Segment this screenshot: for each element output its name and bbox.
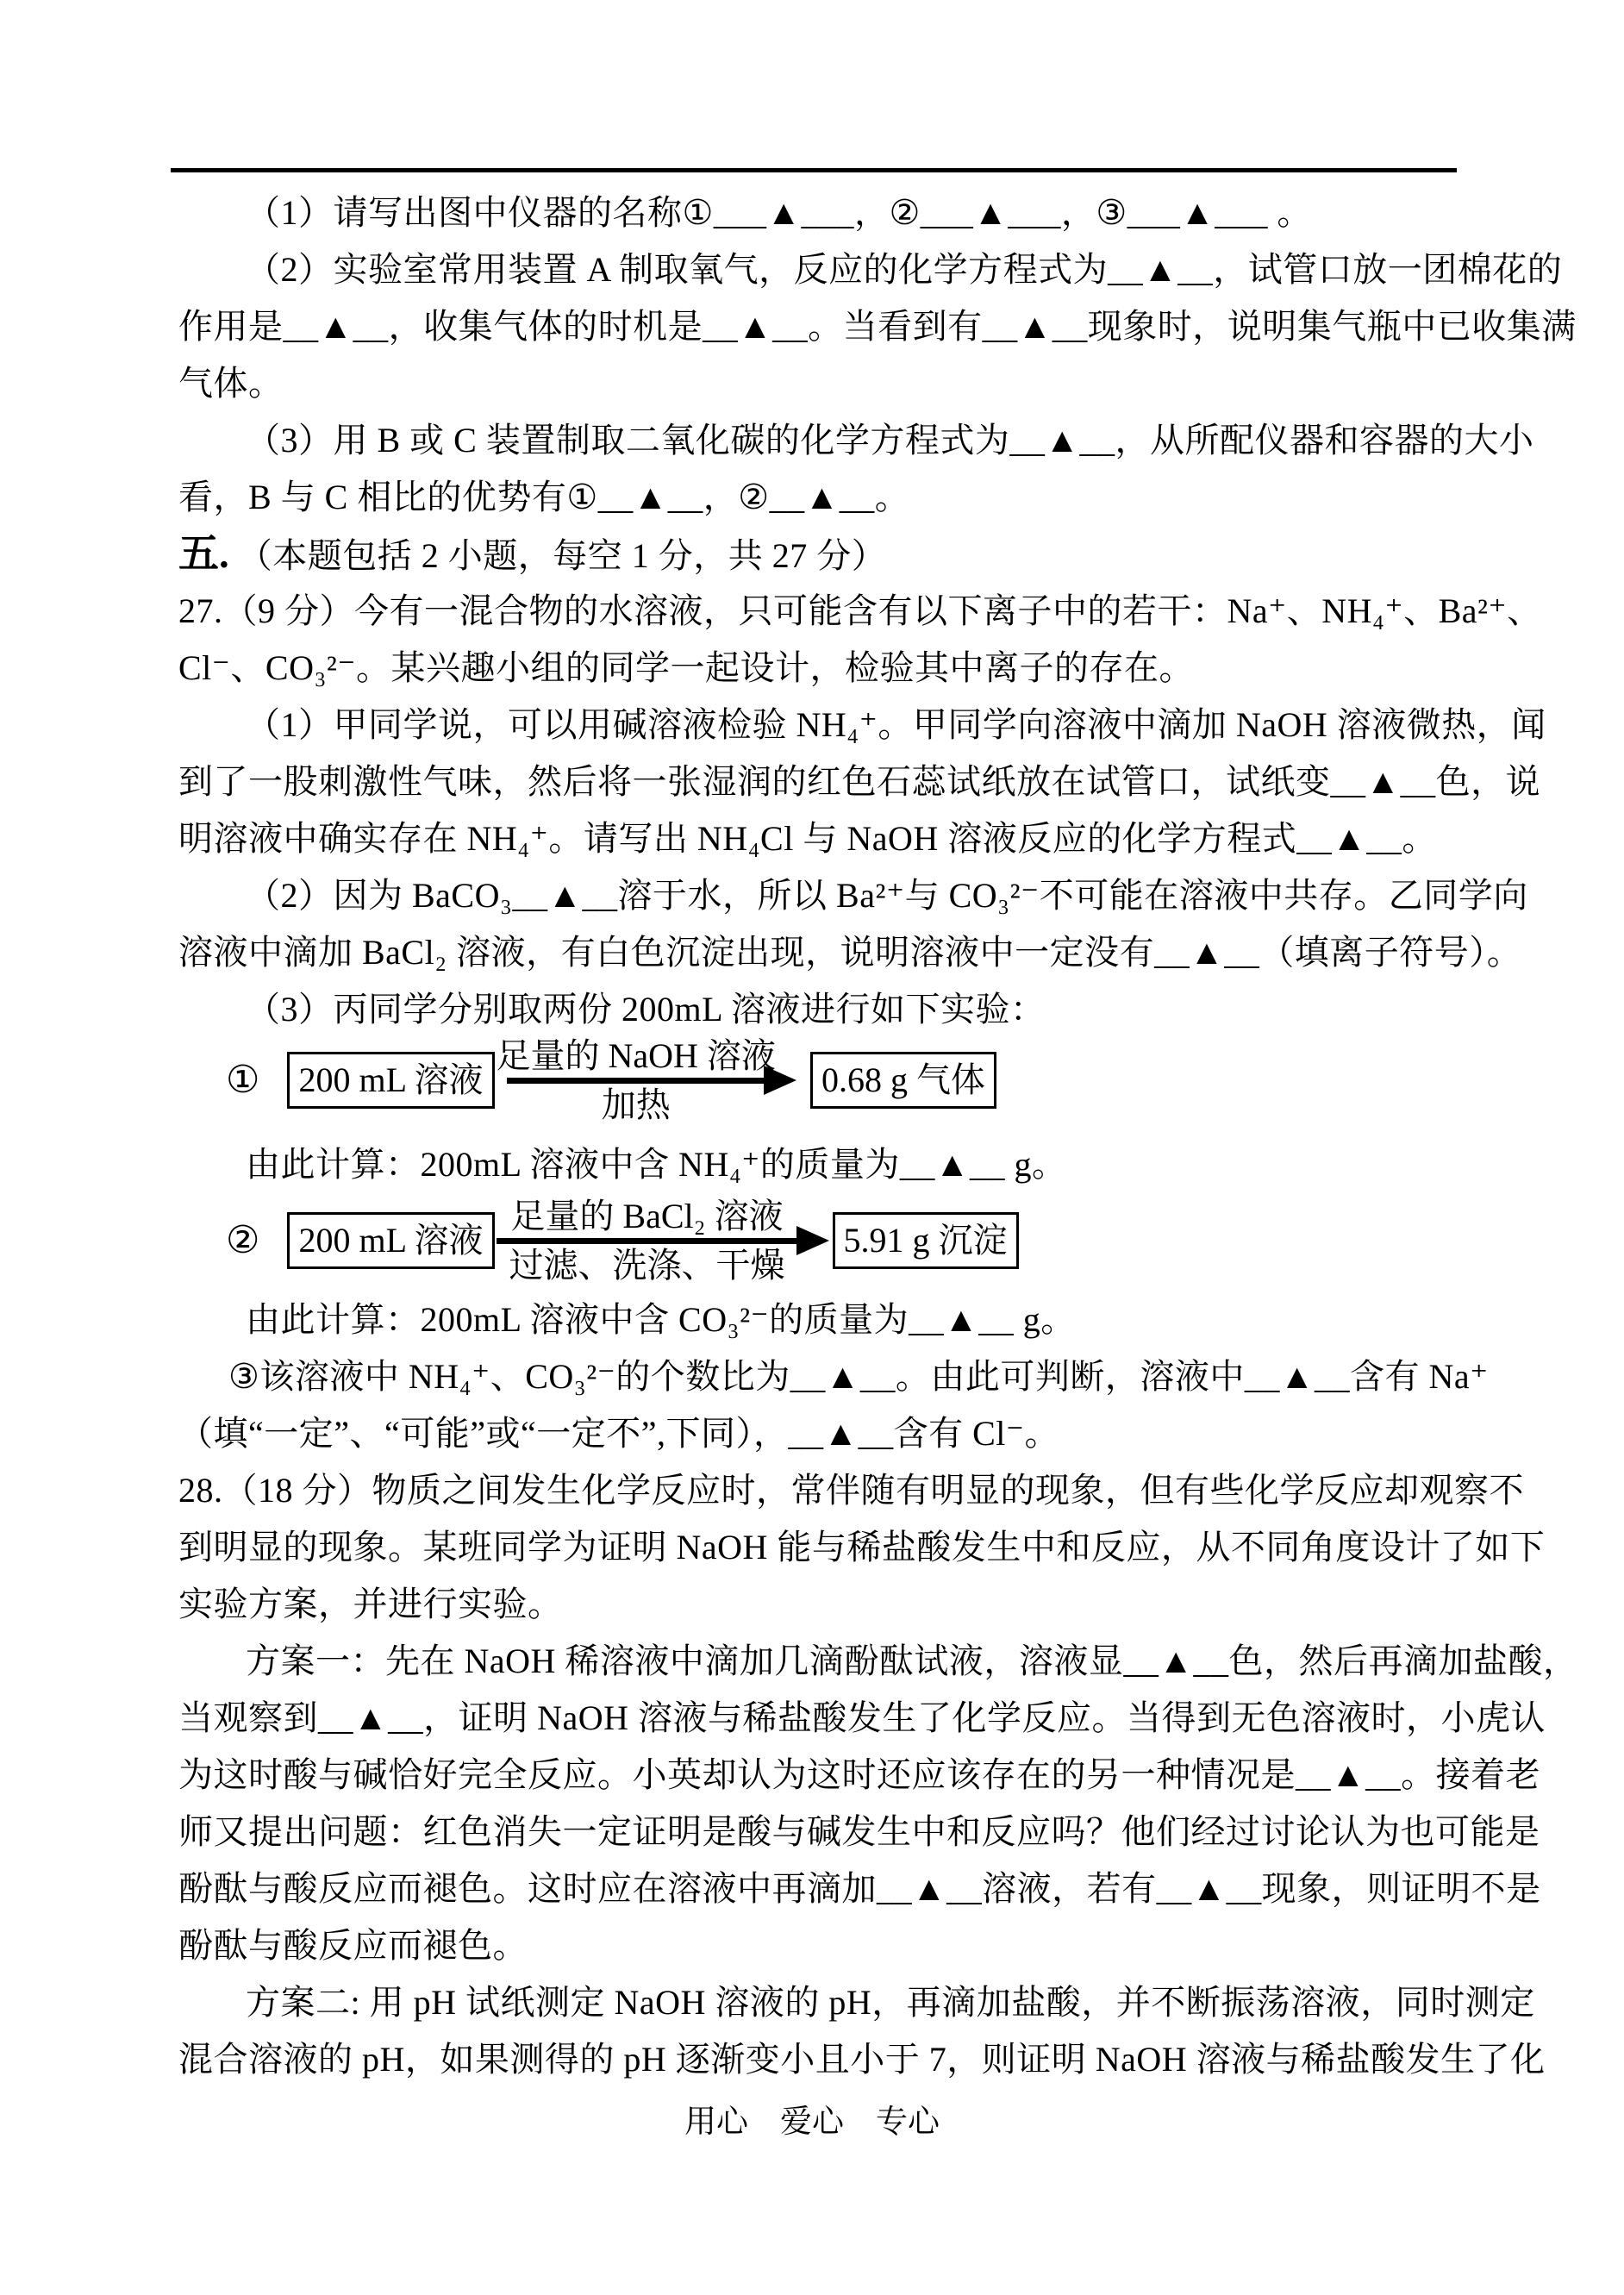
experiment-scheme-1: ① 200 mL 溶液 足量的 NaOH 溶液 加热 0.68 g 气体 bbox=[226, 1016, 996, 1145]
scheme2-input-box: 200 mL 溶液 bbox=[287, 1212, 494, 1269]
q27-intro-line1: 27.（9 分）今有一混合物的水溶液，只可能含有以下离子中的若干：Na⁺、NH₄… bbox=[178, 583, 1542, 640]
q27-part3-line3: （填“一定”、“可能”或“一定不”,下同），__▲__含有 Cl⁻。 bbox=[178, 1405, 1059, 1462]
scheme2-condition-label: 过滤、洗涤、干燥 bbox=[509, 1246, 785, 1285]
q27-part2-line1: （2）因为 BaCO₃__▲__溶于水，所以 Ba²⁺与 CO₃²⁻不可能在溶液… bbox=[178, 867, 1528, 924]
scheme2-output-box: 5.91 g 沉淀 bbox=[833, 1212, 1019, 1269]
exam-page: （1）请写出图中仪器的名称①___▲___，②___▲___，③___▲___ … bbox=[0, 0, 1624, 2295]
scheme1-condition-label: 加热 bbox=[602, 1085, 671, 1125]
scheme2-arrow-assembly: 足量的 BaCl₂ 溶液 过滤、洗涤、干燥 bbox=[497, 1197, 831, 1285]
q28-plan1-line3: 为这时酸与碱恰好完全反应。小英却认为这时还应该存在的另一种情况是__▲__。接着… bbox=[178, 1747, 1540, 1804]
q27-part1-line1: （1）甲同学说，可以用碱溶液检验 NH₄⁺。甲同学向溶液中滴加 NaOH 溶液微… bbox=[178, 697, 1546, 754]
q28-plan1-line6: 酚酞与酸反应而褪色。 bbox=[178, 1917, 528, 1974]
q26-part2-line1: （2）实验室常用装置 A 制取氧气，反应的化学方程式为__▲__，试管口放一团棉… bbox=[178, 241, 1562, 298]
experiment-scheme-2: ② 200 mL 溶液 足量的 BaCl₂ 溶液 过滤、洗涤、干燥 5.91 g… bbox=[226, 1176, 1019, 1305]
q27-part3-line2: ③该溶液中 NH₄⁺、CO₃²⁻的个数比为__▲__。由此可判断，溶液中__▲_… bbox=[178, 1348, 1489, 1405]
scheme2-reagent-label: 足量的 BaCl₂ 溶液 bbox=[510, 1197, 783, 1236]
section-five-header: 五.（本题包括 2 小题，每空 1 分，共 27 分） bbox=[178, 526, 886, 583]
q28-intro-line1: 28.（18 分）物质之间发生化学反应时，常伴随有明显的现象，但有些化学反应却观… bbox=[178, 1462, 1524, 1519]
scheme1-number: ① bbox=[226, 1061, 259, 1099]
scheme2-arrow-icon bbox=[497, 1238, 798, 1244]
q28-plan2-line2: 混合溶液的 pH，如果测得的 pH 逐渐变小且小于 7，则证明 NaOH 溶液与… bbox=[178, 2031, 1546, 2088]
q26-part2-line3: 气体。 bbox=[178, 355, 284, 412]
page-footer-motto: 用心 爱心 专心 bbox=[0, 2094, 1624, 2151]
q28-intro-line3: 实验方案，并进行实验。 bbox=[178, 1576, 563, 1633]
q28-plan1-line5: 酚酞与酸反应而褪色。这时应在溶液中再滴加__▲__溶液，若有__▲__现象，则证… bbox=[178, 1860, 1541, 1917]
q27-calc2-line: 由此计算：200mL 溶液中含 CO₃²⁻的质量为__▲__ g。 bbox=[178, 1291, 1076, 1348]
q27-part1-line3: 明溶液中确实存在 NH₄⁺。请写出 NH₄Cl 与 NaOH 溶液反应的化学方程… bbox=[178, 810, 1437, 867]
scheme2-number: ② bbox=[226, 1222, 259, 1260]
scheme1-arrow-assembly: 足量的 NaOH 溶液 加热 bbox=[497, 1036, 809, 1125]
q26-part2-line2: 作用是__▲__，收集气体的时机是__▲__。当看到有__▲__现象时，说明集气… bbox=[178, 298, 1577, 355]
q26-part3-line2: 看，B 与 C 相比的优势有①__▲__，②__▲__。 bbox=[178, 469, 909, 526]
q27-intro-line2: Cl⁻、CO₃²⁻。某兴趣小组的同学一起设计，检验其中离子的存在。 bbox=[178, 640, 1194, 697]
q28-plan1-line4: 师又提出问题：红色消失一定证明是酸与碱发生中和反应吗？他们经过讨论认为也可能是 bbox=[178, 1804, 1540, 1860]
section-five-title: （本题包括 2 小题，每空 1 分，共 27 分） bbox=[238, 536, 887, 575]
q26-part3-line1: （3）用 B 或 C 装置制取二氧化碳的化学方程式为__▲__，从所配仪器和容器… bbox=[178, 412, 1533, 469]
scheme1-output-box: 0.68 g 气体 bbox=[810, 1052, 996, 1109]
q28-plan1-line2: 当观察到__▲__，证明 NaOH 溶液与稀盐酸发生了化学反应。当得到无色溶液时… bbox=[178, 1690, 1546, 1747]
q28-plan2-line1: 方案二: 用 pH 试纸测定 NaOH 溶液的 pH，再滴加盐酸，并不断振荡溶液… bbox=[178, 1974, 1535, 2031]
scheme1-arrow-icon bbox=[507, 1078, 765, 1084]
q27-part2-line2: 溶液中滴加 BaCl₂ 溶液，有白色沉淀出现，说明溶液中一定没有__▲__（填离… bbox=[178, 924, 1521, 981]
section-five-number: 五. bbox=[178, 532, 229, 577]
q28-plan1-line1: 方案一：先在 NaOH 稀溶液中滴加几滴酚酞试液，溶液显__▲__色，然后再滴加… bbox=[178, 1633, 1578, 1690]
q26-part1-line: （1）请写出图中仪器的名称①___▲___，②___▲___，③___▲___ … bbox=[178, 184, 1312, 241]
header-rule bbox=[171, 168, 1457, 172]
scheme1-input-box: 200 mL 溶液 bbox=[287, 1052, 494, 1109]
q27-part1-line2: 到了一股刺激性气味，然后将一张湿润的红色石蕊试纸放在试管口，试纸变__▲__色，… bbox=[178, 754, 1540, 810]
q28-intro-line2: 到明显的现象。某班同学为证明 NaOH 能与稀盐酸发生中和反应，从不同角度设计了… bbox=[178, 1519, 1545, 1576]
scheme1-reagent-label: 足量的 NaOH 溶液 bbox=[497, 1036, 776, 1076]
